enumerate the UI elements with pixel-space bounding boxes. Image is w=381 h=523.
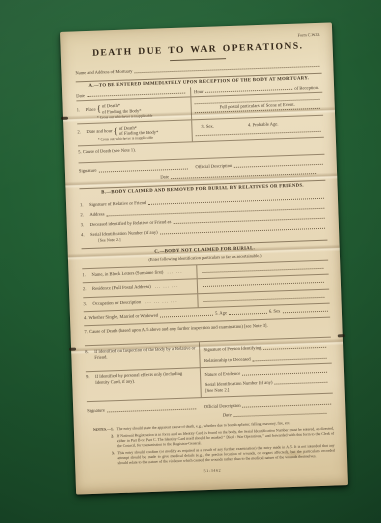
blank-line	[107, 407, 196, 412]
blank-line	[134, 65, 319, 73]
relative-signature-label: Signature of Relative or Friend	[89, 200, 146, 208]
note-number: 2.	[88, 434, 117, 451]
identified-inspection-label: If Identified on Inspection of the Body …	[94, 345, 196, 367]
blank-line	[160, 314, 213, 318]
title-rule	[170, 58, 226, 61]
brace-glyph: {	[97, 105, 102, 114]
signature-field: Signature	[87, 404, 198, 414]
brace-glyph: {	[113, 127, 118, 136]
dot-leader: ... ... ...	[155, 283, 179, 290]
place-field: 1. Place { of Death* of Finding the Body…	[76, 98, 191, 123]
signature-field: Signature	[79, 164, 190, 174]
blank-line	[196, 130, 321, 136]
option-list: of Death* of Finding the Body*	[119, 124, 159, 136]
blank-line	[148, 196, 324, 204]
residence-label: Residence (Full Postal Address)	[92, 284, 151, 292]
dot-leader: ... ... ... ...	[145, 298, 177, 305]
note-number: NOTES.—1.	[88, 428, 117, 434]
blank-line	[242, 371, 327, 376]
blank-line	[171, 172, 316, 179]
evidence-area: Nature of Evidence Serial Identification…	[200, 363, 332, 397]
item-number: 1.	[82, 272, 91, 278]
section-a-date-field: Date	[160, 169, 318, 180]
blank-line	[282, 310, 328, 314]
identified-inspection-field: 8. If Identified on Inspection of the Bo…	[85, 342, 200, 370]
form-field-row: Nature of Evidence	[204, 368, 329, 378]
section-a-table: Date Hour of Reception. 1. Place	[76, 82, 324, 163]
identifying-person-area: Signature of Person Identifying Relation…	[199, 338, 331, 367]
item-number: 1.	[77, 107, 86, 113]
blank-line	[87, 92, 185, 97]
identified-by-label: Deceased identified by Relative or Frien…	[90, 219, 172, 228]
sex-label: 6. Sex	[269, 309, 281, 315]
identified-effects-field: 9. If Identified by personal effects onl…	[86, 368, 201, 401]
notes-section: NOTES.—1. The entry should state the app…	[88, 420, 335, 468]
sex-age-labels: 3. Sex. 4. Probable Age.	[195, 120, 320, 130]
photo-background: Form C.W.D. DEATH DUE TO WAR OPERATIONS.…	[0, 0, 381, 523]
blank-line	[229, 312, 267, 315]
mortuary-label: Name and Address of Mortuary	[75, 68, 132, 76]
date-label: Date	[76, 93, 85, 99]
official-description-label: Official Description	[204, 403, 241, 410]
address-label: Address	[89, 211, 104, 217]
blank-line	[234, 162, 323, 167]
blank-line	[98, 167, 187, 172]
form-field-row: Relationship to Deceased	[204, 353, 329, 363]
item-number: 1.	[80, 202, 89, 208]
occupation-label: Occupation or Description	[92, 299, 141, 307]
item-number: 2.	[77, 129, 86, 135]
form-field-row: Signature of Person Identifying	[204, 342, 329, 352]
item-number: 3.	[81, 222, 90, 228]
date-hour-field: 2. Date and hour { of Death* of Finding …	[77, 120, 192, 145]
name-label: Name, in Block Letters (Surname first)	[91, 269, 163, 277]
blank-line	[243, 403, 332, 408]
blank-line	[253, 356, 327, 361]
person-identifying-label: Signature of Person Identifying	[204, 345, 262, 353]
blank-line	[202, 267, 323, 273]
marital-status-label: 4. Whether Single, Married or Widowed	[84, 313, 158, 322]
blank-line	[263, 345, 326, 349]
option-list: of Death* of Finding the Body*	[102, 103, 142, 115]
form-content: Form C.W.D. DEATH DUE TO WAR OPERATIONS.…	[60, 22, 348, 494]
footer-date-field: Date	[223, 409, 329, 419]
item-number: 2.	[83, 286, 92, 292]
signature-label: Signature	[79, 167, 97, 174]
item-number: 4.	[81, 232, 90, 238]
blank-line	[203, 281, 324, 287]
blank-line	[173, 217, 324, 224]
item-number: 3.	[83, 301, 92, 307]
official-description-label: Official Description	[195, 163, 232, 170]
age-label: 5. Age	[215, 310, 227, 316]
date-label: Date	[223, 413, 232, 419]
relationship-label: Relationship to Deceased	[204, 356, 251, 364]
blank-line	[234, 412, 327, 417]
identified-effects-label: If Identified by personal effects only (…	[95, 370, 197, 397]
age-label: 4. Probable Age.	[248, 121, 279, 128]
note-number: 3.	[89, 451, 118, 468]
official-description-field: Official Description	[195, 159, 324, 169]
place-label: Place	[86, 106, 96, 112]
sex-label: 3. Sex.	[201, 123, 214, 129]
blank-line	[206, 88, 293, 93]
date-label: Date	[160, 174, 169, 180]
nature-of-evidence-label: Nature of Evidence	[204, 371, 240, 378]
dot-leader: ... ...	[167, 269, 182, 275]
item-number: 2.	[80, 212, 89, 218]
reception-label: of Reception.	[294, 84, 319, 91]
section-c-table: 1. Name, in Block Letters (Surname first…	[82, 259, 333, 402]
form-document: Form C.W.D. DEATH DUE TO WAR OPERATIONS.…	[60, 22, 348, 494]
hour-label: Hour	[194, 88, 204, 94]
official-description-field: Official Description	[204, 400, 333, 410]
date-hour-label: Date and hour	[86, 128, 112, 135]
signature-label: Signature	[87, 407, 105, 414]
blank-line	[203, 295, 324, 301]
